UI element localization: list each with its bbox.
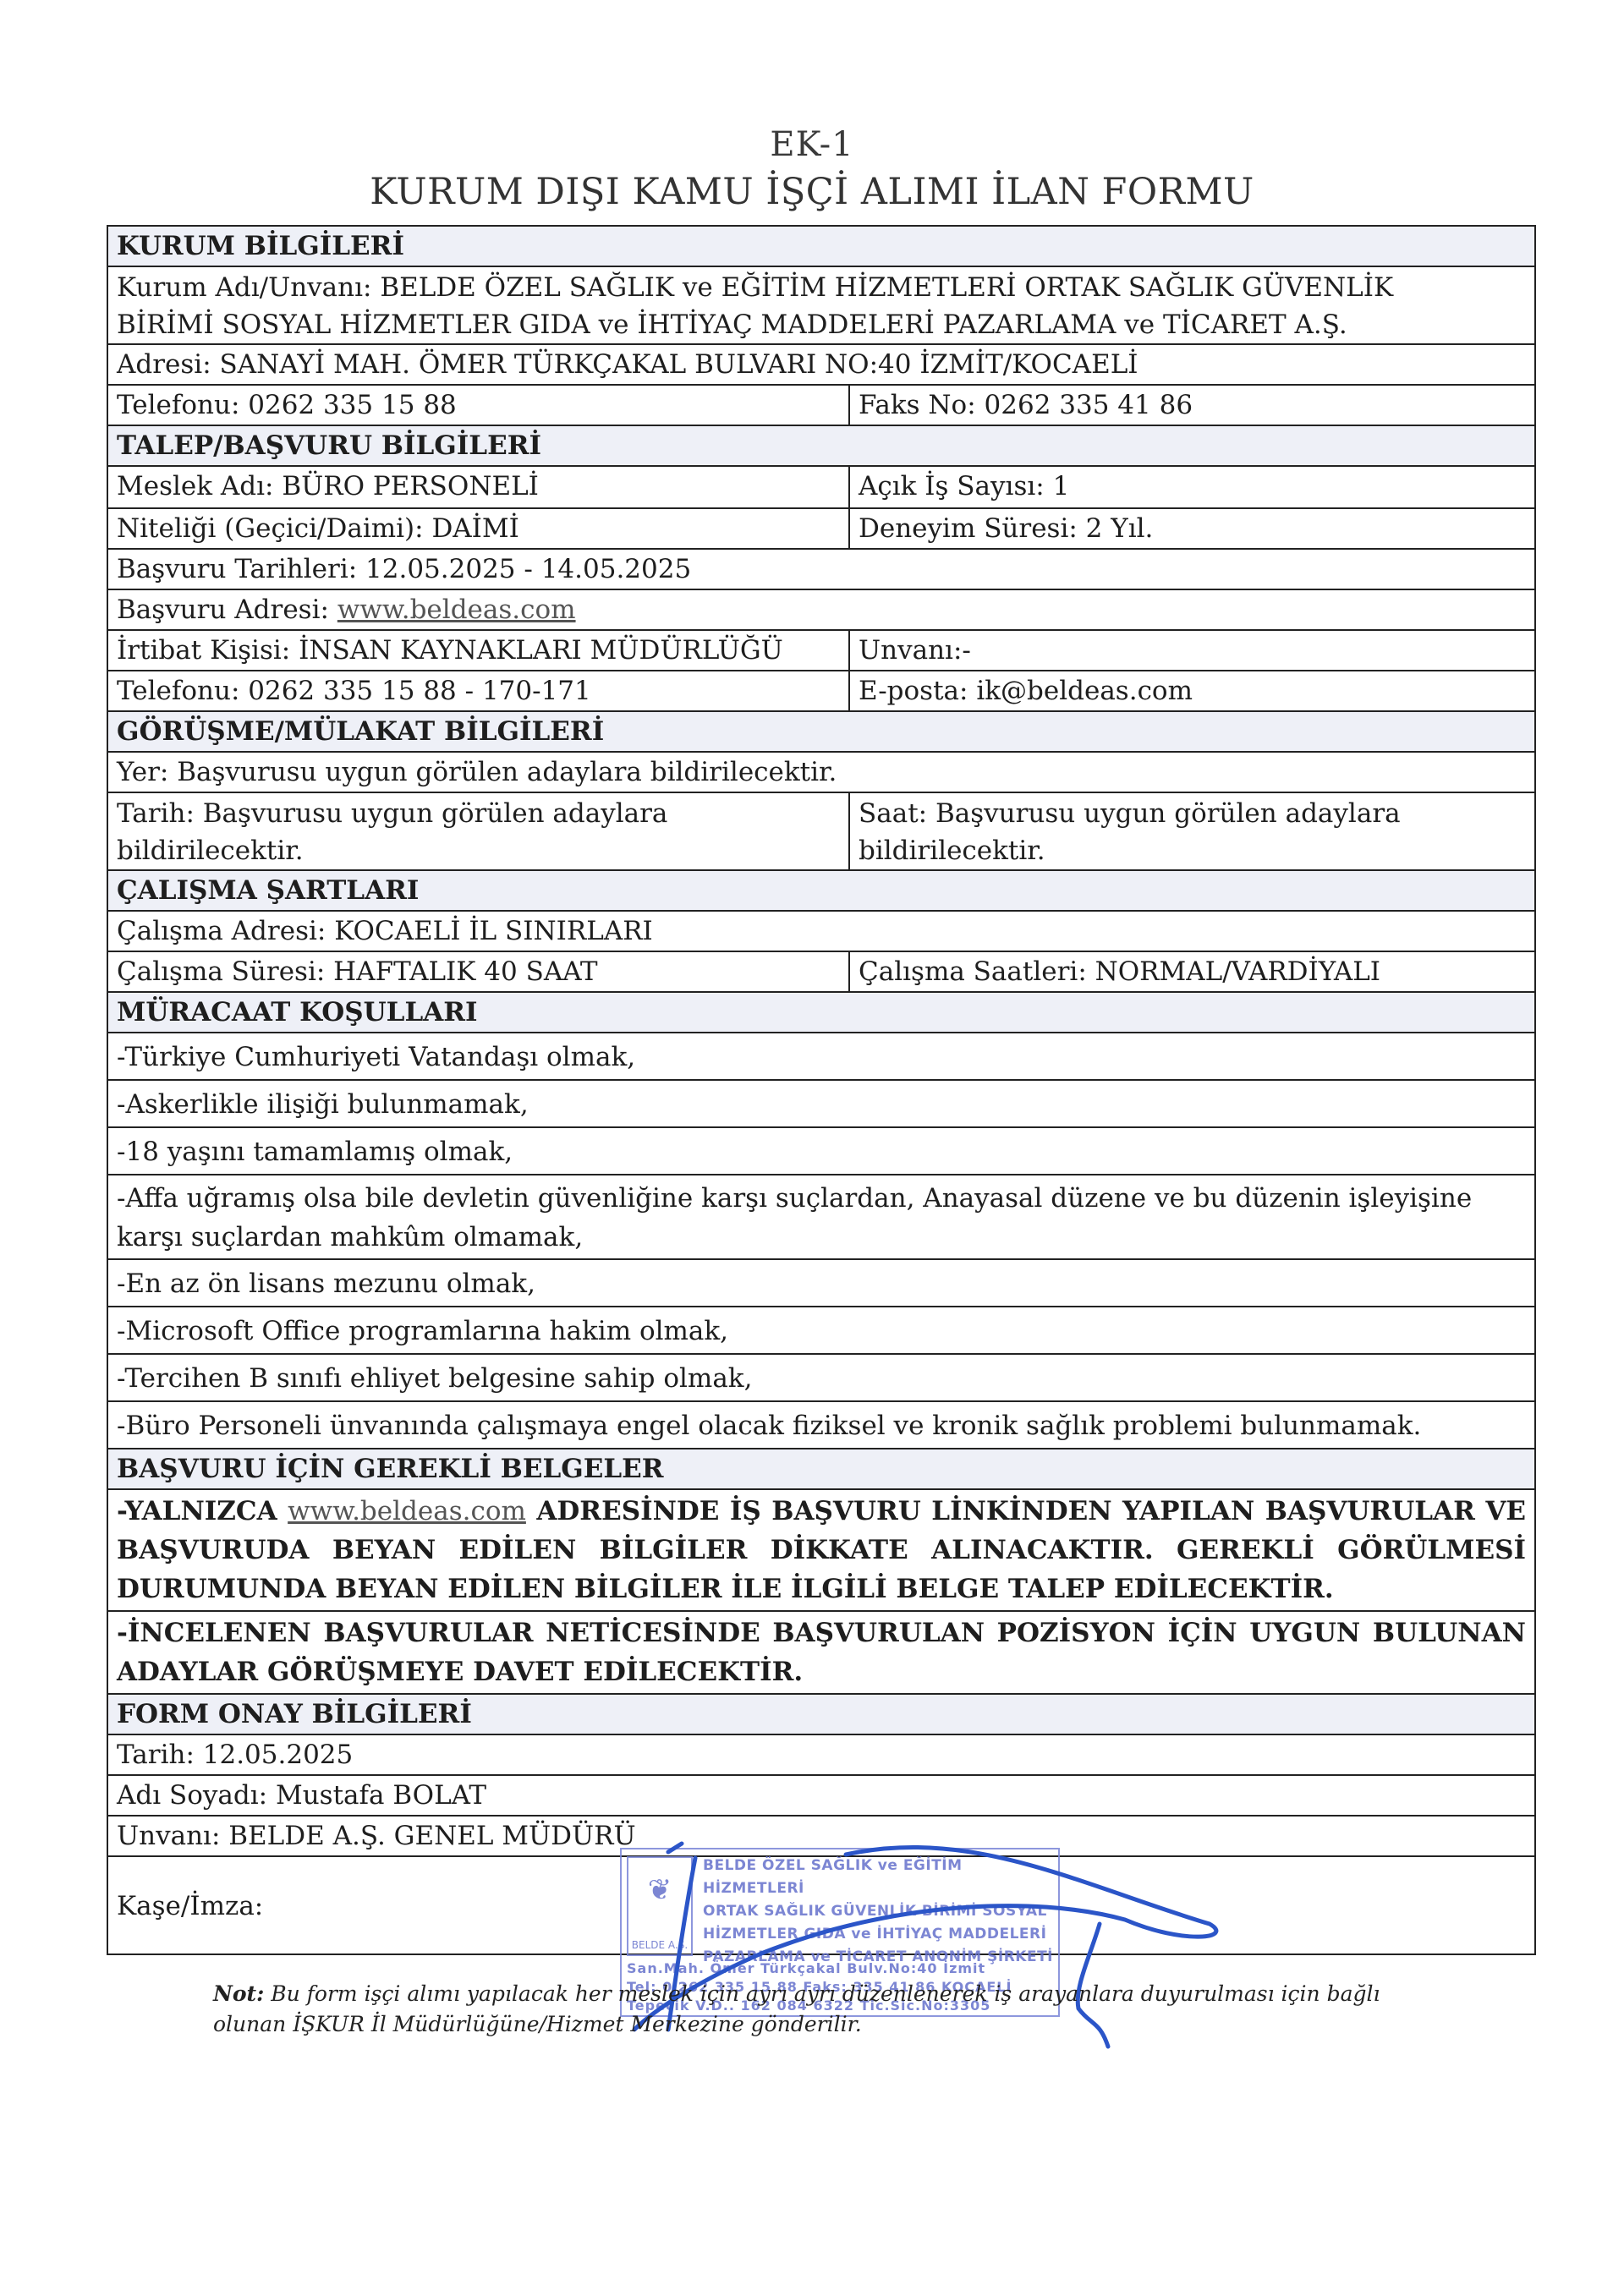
document-text: -İNCELENEN BAŞVURULAR NETİCESİNDE BAŞVUR… <box>108 1612 1534 1693</box>
section-title: KURUM BİLGİLERİ <box>108 227 1534 266</box>
work-shifts: Çalışma Saatleri: NORMAL/VARDİYALI <box>850 952 1534 991</box>
work-address: Çalışma Adresi: KOCAELİ İL SINIRLARI <box>108 912 1534 951</box>
application-dates: Başvuru Tarihleri: 12.05.2025 - 14.05.20… <box>108 550 1534 589</box>
interview-time-row: Tarih: Başvurusu uygun görülen adaylara … <box>108 793 1534 871</box>
approval-date-row: Tarih: 12.05.2025 <box>108 1735 1534 1776</box>
approver-name-row: Adı Soyadı: Mustafa BOLAT <box>108 1776 1534 1817</box>
requirement-text: -Büro Personeli ünvanında çalışmaya enge… <box>108 1402 1534 1448</box>
note-label: Not: <box>213 1981 264 2006</box>
work-address-row: Çalışma Adresi: KOCAELİ İL SINIRLARI <box>108 912 1534 952</box>
institution-name-line2: BİRİMİ SOSYAL HİZMETLER GIDA ve İHTİYAÇ … <box>117 306 1526 343</box>
contact-details-row: Telefonu: 0262 335 15 88 - 170-171 E-pos… <box>108 671 1534 712</box>
work-duration: Çalışma Süresi: HAFTALIK 40 SAAT <box>108 952 850 991</box>
application-address-row: Başvuru Adresi: www.beldeas.com <box>108 590 1534 631</box>
job-posting-form: KURUM BİLGİLERİ Kurum Adı/Unvanı: BELDE … <box>107 225 1536 1955</box>
document-website-link[interactable]: www.beldeas.com <box>288 1496 526 1526</box>
requirement-item: -Affa uğramış olsa bile devletin güvenli… <box>108 1175 1534 1260</box>
section-title: GÖRÜŞME/MÜLAKAT BİLGİLERİ <box>108 712 1534 751</box>
occupation-name: Meslek Adı: BÜRO PERSONELİ <box>108 467 850 507</box>
contact-person-row: İrtibat Kişisi: İNSAN KAYNAKLARI MÜDÜRLÜ… <box>108 631 1534 671</box>
requirement-item: -Büro Personeli ünvanında çalışmaya enge… <box>108 1402 1534 1449</box>
requirement-text: -Türkiye Cumhuriyeti Vatandaşı olmak, <box>108 1033 1534 1079</box>
section-title: TALEP/BAŞVURU BİLGİLERİ <box>108 426 1534 465</box>
contact-email: E-posta: ik@beldeas.com <box>850 671 1534 710</box>
interview-date: Tarih: Başvurusu uygun görülen adaylara … <box>108 793 850 869</box>
contact-person: İrtibat Kişisi: İNSAN KAYNAKLARI MÜDÜRLÜ… <box>108 631 850 670</box>
section-talep-header: TALEP/BAŞVURU BİLGİLERİ <box>108 426 1534 467</box>
work-hours-row: Çalışma Süresi: HAFTALIK 40 SAAT Çalışma… <box>108 952 1534 993</box>
occupation-row: Meslek Adı: BÜRO PERSONELİ Açık İş Sayıs… <box>108 467 1534 509</box>
experience-duration: Deneyim Süresi: 2 Yıl. <box>850 509 1534 548</box>
note-text: Bu form işçi alımı yapılacak her meslek … <box>213 1981 1380 2036</box>
approver-name: Adı Soyadı: Mustafa BOLAT <box>108 1776 1534 1815</box>
stamp-logo: ❦ BELDE A.Ş. <box>627 1856 693 1956</box>
application-address-label: Başvuru Adresi: <box>117 595 337 625</box>
requirement-text: -Askerlikle ilişiği bulunmamak, <box>108 1081 1534 1126</box>
footer-note: Not: Bu form işçi alımı yapılacak her me… <box>213 1979 1448 2040</box>
institution-name-line1: Kurum Adı/Unvanı: BELDE ÖZEL SAĞLIK ve E… <box>117 269 1526 306</box>
interview-place-row: Yer: Başvurusu uygun görülen adaylara bi… <box>108 753 1534 793</box>
contact-phone: Telefonu: 0262 335 15 88 - 170-171 <box>108 671 850 710</box>
requirement-text: -Affa uğramış olsa bile devletin güvenli… <box>108 1175 1534 1258</box>
requirement-text: -Microsoft Office programlarına hakim ol… <box>108 1307 1534 1353</box>
section-gorusme-header: GÖRÜŞME/MÜLAKAT BİLGİLERİ <box>108 712 1534 753</box>
requirement-item: -En az ön lisans mezunu olmak, <box>108 1260 1534 1307</box>
section-muracaat-header: MÜRACAAT KOŞULLARI <box>108 993 1534 1033</box>
section-onay-header: FORM ONAY BİLGİLERİ <box>108 1695 1534 1735</box>
document-item: -İNCELENEN BAŞVURULAR NETİCESİNDE BAŞVUR… <box>108 1612 1534 1695</box>
annex-label: EK-1 <box>0 125 1624 164</box>
form-title: KURUM DIŞI KAMU İŞÇİ ALIMI İLAN FORMU <box>0 171 1624 213</box>
document-item: -YALNIZCA www.beldeas.com ADRESİNDE İŞ B… <box>108 1490 1534 1612</box>
stamp-line: ORTAK SAĞLIK GÜVENLİK BİRİMİ SOSYAL <box>703 1900 1053 1923</box>
requirement-item: -Türkiye Cumhuriyeti Vatandaşı olmak, <box>108 1033 1534 1081</box>
institution-fax: Faks No: 0262 335 41 86 <box>850 386 1534 425</box>
requirement-item: -18 yaşını tamamlamış olmak, <box>108 1128 1534 1175</box>
stamp-address-line: San.Mah. Ömer Türkçakal Bulv.No:40 İzmit <box>627 1959 1053 1978</box>
open-positions: Açık İş Sayısı: 1 <box>850 467 1534 507</box>
stamp-line: HİZMETLER GIDA ve İHTİYAÇ MADDELERİ <box>703 1923 1053 1946</box>
application-website-link[interactable]: www.beldeas.com <box>337 595 576 625</box>
section-title: MÜRACAAT KOŞULLARI <box>108 993 1534 1032</box>
institution-contact-row: Telefonu: 0262 335 15 88 Faks No: 0262 3… <box>108 386 1534 426</box>
interview-hour: Saat: Başvurusu uygun görülen adaylara b… <box>850 793 1534 869</box>
interview-place: Yer: Başvurusu uygun görülen adaylara bi… <box>108 753 1534 792</box>
requirement-text: -En az ön lisans mezunu olmak, <box>108 1260 1534 1306</box>
document-prefix: -YALNIZCA <box>117 1496 288 1526</box>
section-title: ÇALIŞMA ŞARTLARI <box>108 871 1534 910</box>
requirement-text: -18 yaşını tamamlamış olmak, <box>108 1128 1534 1174</box>
institution-name-row: Kurum Adı/Unvanı: BELDE ÖZEL SAĞLIK ve E… <box>108 267 1534 345</box>
job-nature: Niteliği (Geçici/Daimi): DAİMİ <box>108 509 850 548</box>
institution-phone: Telefonu: 0262 335 15 88 <box>108 386 850 425</box>
stamp-line: BELDE ÖZEL SAĞLIK ve EĞİTİM HİZMETLERİ <box>703 1855 1053 1900</box>
requirement-text: -Tercihen B sınıfı ehliyet belgesine sah… <box>108 1355 1534 1400</box>
section-kurum-header: KURUM BİLGİLERİ <box>108 227 1534 267</box>
nature-row: Niteliği (Geçici/Daimi): DAİMİ Deneyim S… <box>108 509 1534 550</box>
institution-address-row: Adresi: SANAYİ MAH. ÖMER TÜRKÇAKAL BULVA… <box>108 345 1534 386</box>
contact-title: Unvanı:- <box>850 631 1534 670</box>
section-title: FORM ONAY BİLGİLERİ <box>108 1695 1534 1734</box>
institution-address: Adresi: SANAYİ MAH. ÖMER TÜRKÇAKAL BULVA… <box>108 345 1534 384</box>
application-address: Başvuru Adresi: www.beldeas.com <box>108 590 1534 629</box>
requirement-item: -Askerlikle ilişiği bulunmamak, <box>108 1081 1534 1128</box>
stamp-company-name: BELDE ÖZEL SAĞLIK ve EĞİTİM HİZMETLERİ O… <box>703 1855 1053 1969</box>
institution-name: Kurum Adı/Unvanı: BELDE ÖZEL SAĞLIK ve E… <box>108 267 1534 343</box>
section-calisma-header: ÇALIŞMA ŞARTLARI <box>108 871 1534 912</box>
approval-date: Tarih: 12.05.2025 <box>108 1735 1534 1774</box>
belde-logo-icon: ❦ <box>628 1873 691 1907</box>
document-text: -YALNIZCA www.beldeas.com ADRESİNDE İŞ B… <box>108 1490 1534 1610</box>
application-dates-row: Başvuru Tarihleri: 12.05.2025 - 14.05.20… <box>108 550 1534 590</box>
section-belgeler-header: BAŞVURU İÇİN GEREKLİ BELGELER <box>108 1449 1534 1490</box>
requirement-item: -Microsoft Office programlarına hakim ol… <box>108 1307 1534 1355</box>
stamp-logo-label: BELDE A.Ş. <box>628 1939 691 1951</box>
requirement-item: -Tercihen B sınıfı ehliyet belgesine sah… <box>108 1355 1534 1402</box>
section-title: BAŞVURU İÇİN GEREKLİ BELGELER <box>108 1449 1534 1488</box>
